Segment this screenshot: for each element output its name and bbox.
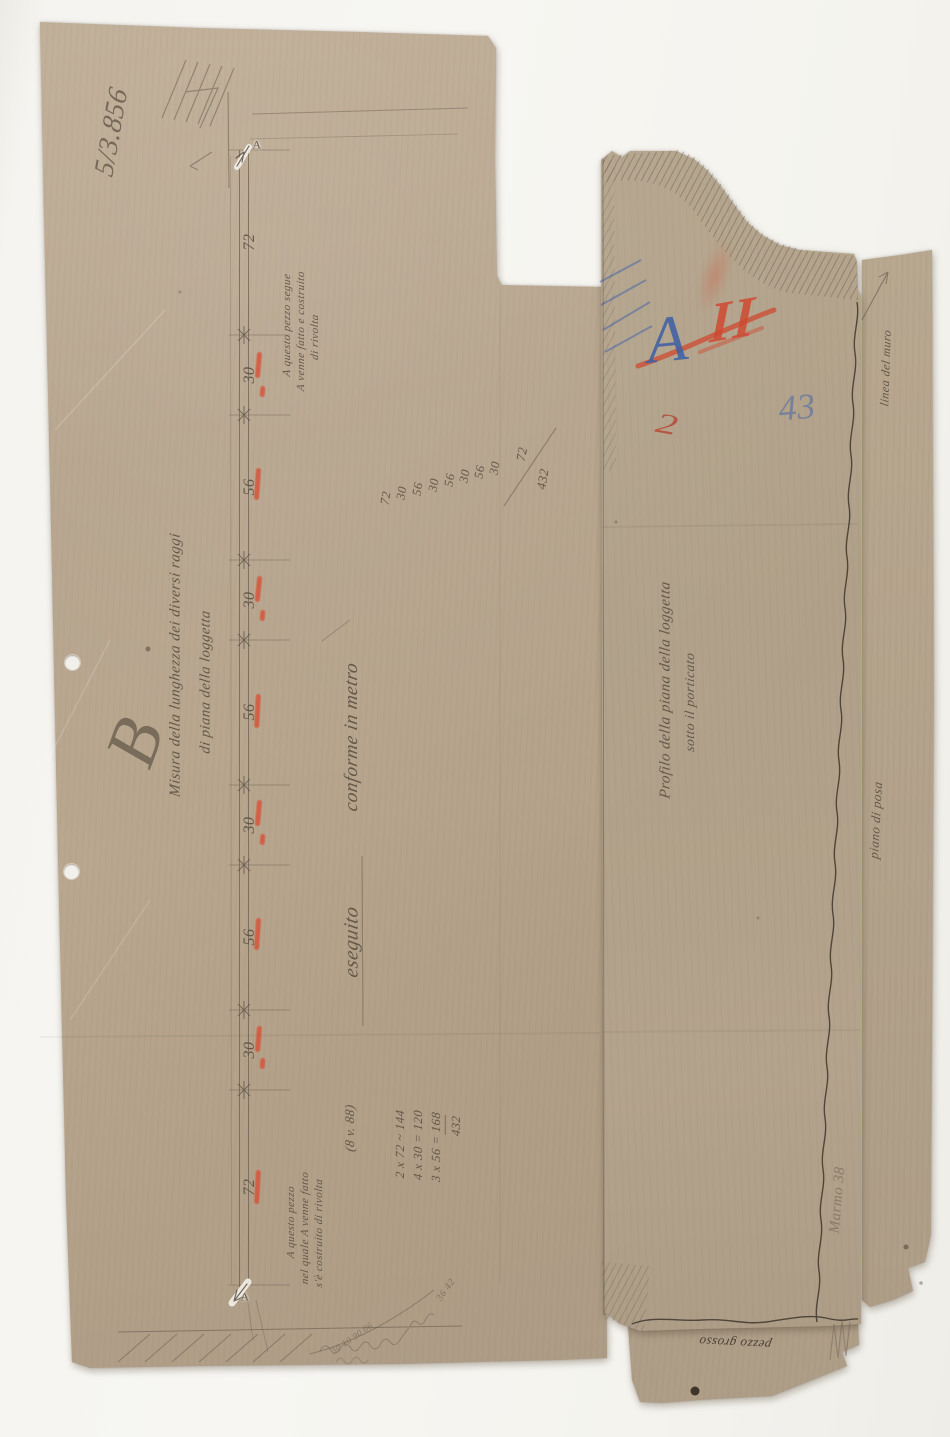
calc-total: 432: [445, 1115, 465, 1137]
red-numeral-ii: II: [708, 283, 757, 357]
blue-number-43: 43: [777, 384, 818, 429]
ground-line-and-hatch: [118, 1290, 462, 1364]
note-bottom-line3: s'è costruito di rivolta: [313, 1178, 325, 1288]
illegible-scribble: [830, 1320, 850, 1360]
scanned-archival-drawing: 5/3.856 B Misura della lunghezza dei div…: [0, 0, 950, 1437]
red-dash: [260, 610, 266, 621]
top-dimension-lines: [250, 108, 468, 139]
pencil-strokes-overlay: [0, 0, 950, 1437]
note-bottom-line1: A questo pezzo: [285, 1185, 297, 1259]
sum-column-value: 56: [409, 481, 426, 497]
center-note-rest: conforme in metro: [341, 661, 363, 813]
blue-letter-a: A: [643, 300, 692, 380]
ruler-caption-line1: Misura della lunghezza dei diversi raggi: [168, 532, 185, 798]
template-title-line1: Profilo della piana della loggetta: [658, 580, 675, 800]
calc-line: 2 x 72 ~ 144: [391, 1107, 409, 1179]
calc-line: 4 x 30 = 120: [409, 1109, 427, 1181]
note-bottom-line2: nel quale A venne fatto: [299, 1171, 311, 1285]
ruler-endpoint-arrow-top: [236, 146, 249, 167]
sum-column-value: 30: [486, 460, 503, 476]
center-note-ref: (8 v. 88): [342, 1103, 358, 1152]
punch-hole: [64, 864, 79, 879]
top-hatch-marks: [162, 60, 234, 188]
ruler-segment-label: 30: [241, 592, 259, 609]
note-top-line1: A questo pezzo segue: [281, 273, 293, 378]
ruler-segment-label: 30: [241, 367, 259, 384]
center-note-word: eseguito: [341, 905, 364, 980]
calc-block: 2 x 72 ~ 144 4 x 30 = 120 3 x 56 = 168 4…: [391, 1107, 466, 1185]
wall-line-ink: [632, 302, 858, 1324]
punch-hole: [65, 655, 80, 670]
red-dash: [260, 1058, 266, 1069]
sum-column-value: 30: [425, 477, 442, 493]
sum-column-value: 30: [393, 485, 410, 501]
ruler-endpoint-label-top: A: [252, 138, 261, 153]
red-dash: [260, 834, 266, 845]
ruler-segment-label: 30: [241, 817, 259, 834]
note-top-line3: di rivolta: [309, 313, 321, 360]
ruler-segment-label: 30: [241, 1042, 259, 1059]
wall-line-arrow: [862, 272, 888, 320]
ruler-segment-label: 56: [241, 929, 259, 946]
ruler-segment-label: 56: [241, 479, 259, 496]
wall-line-label: linea del muro: [877, 328, 895, 407]
ruler-caption-line2: di piana della loggetta: [198, 609, 215, 755]
sum-column-value: 72: [377, 490, 394, 506]
calc-line: 3 x 56 = 168: [427, 1111, 445, 1183]
template-title-line2: sotto il porticato: [682, 651, 698, 752]
ruler-segment-label: 72: [241, 234, 259, 251]
ruler-segment-label: 72: [241, 1179, 259, 1196]
note-top-line2: A venne fatto e costruito: [295, 270, 307, 392]
sum-column-final: 72: [513, 446, 531, 463]
ruler-segment-label: 56: [241, 704, 259, 721]
ruler-endpoint-label-bottom: A: [240, 1290, 249, 1305]
red-dash: [260, 386, 266, 397]
